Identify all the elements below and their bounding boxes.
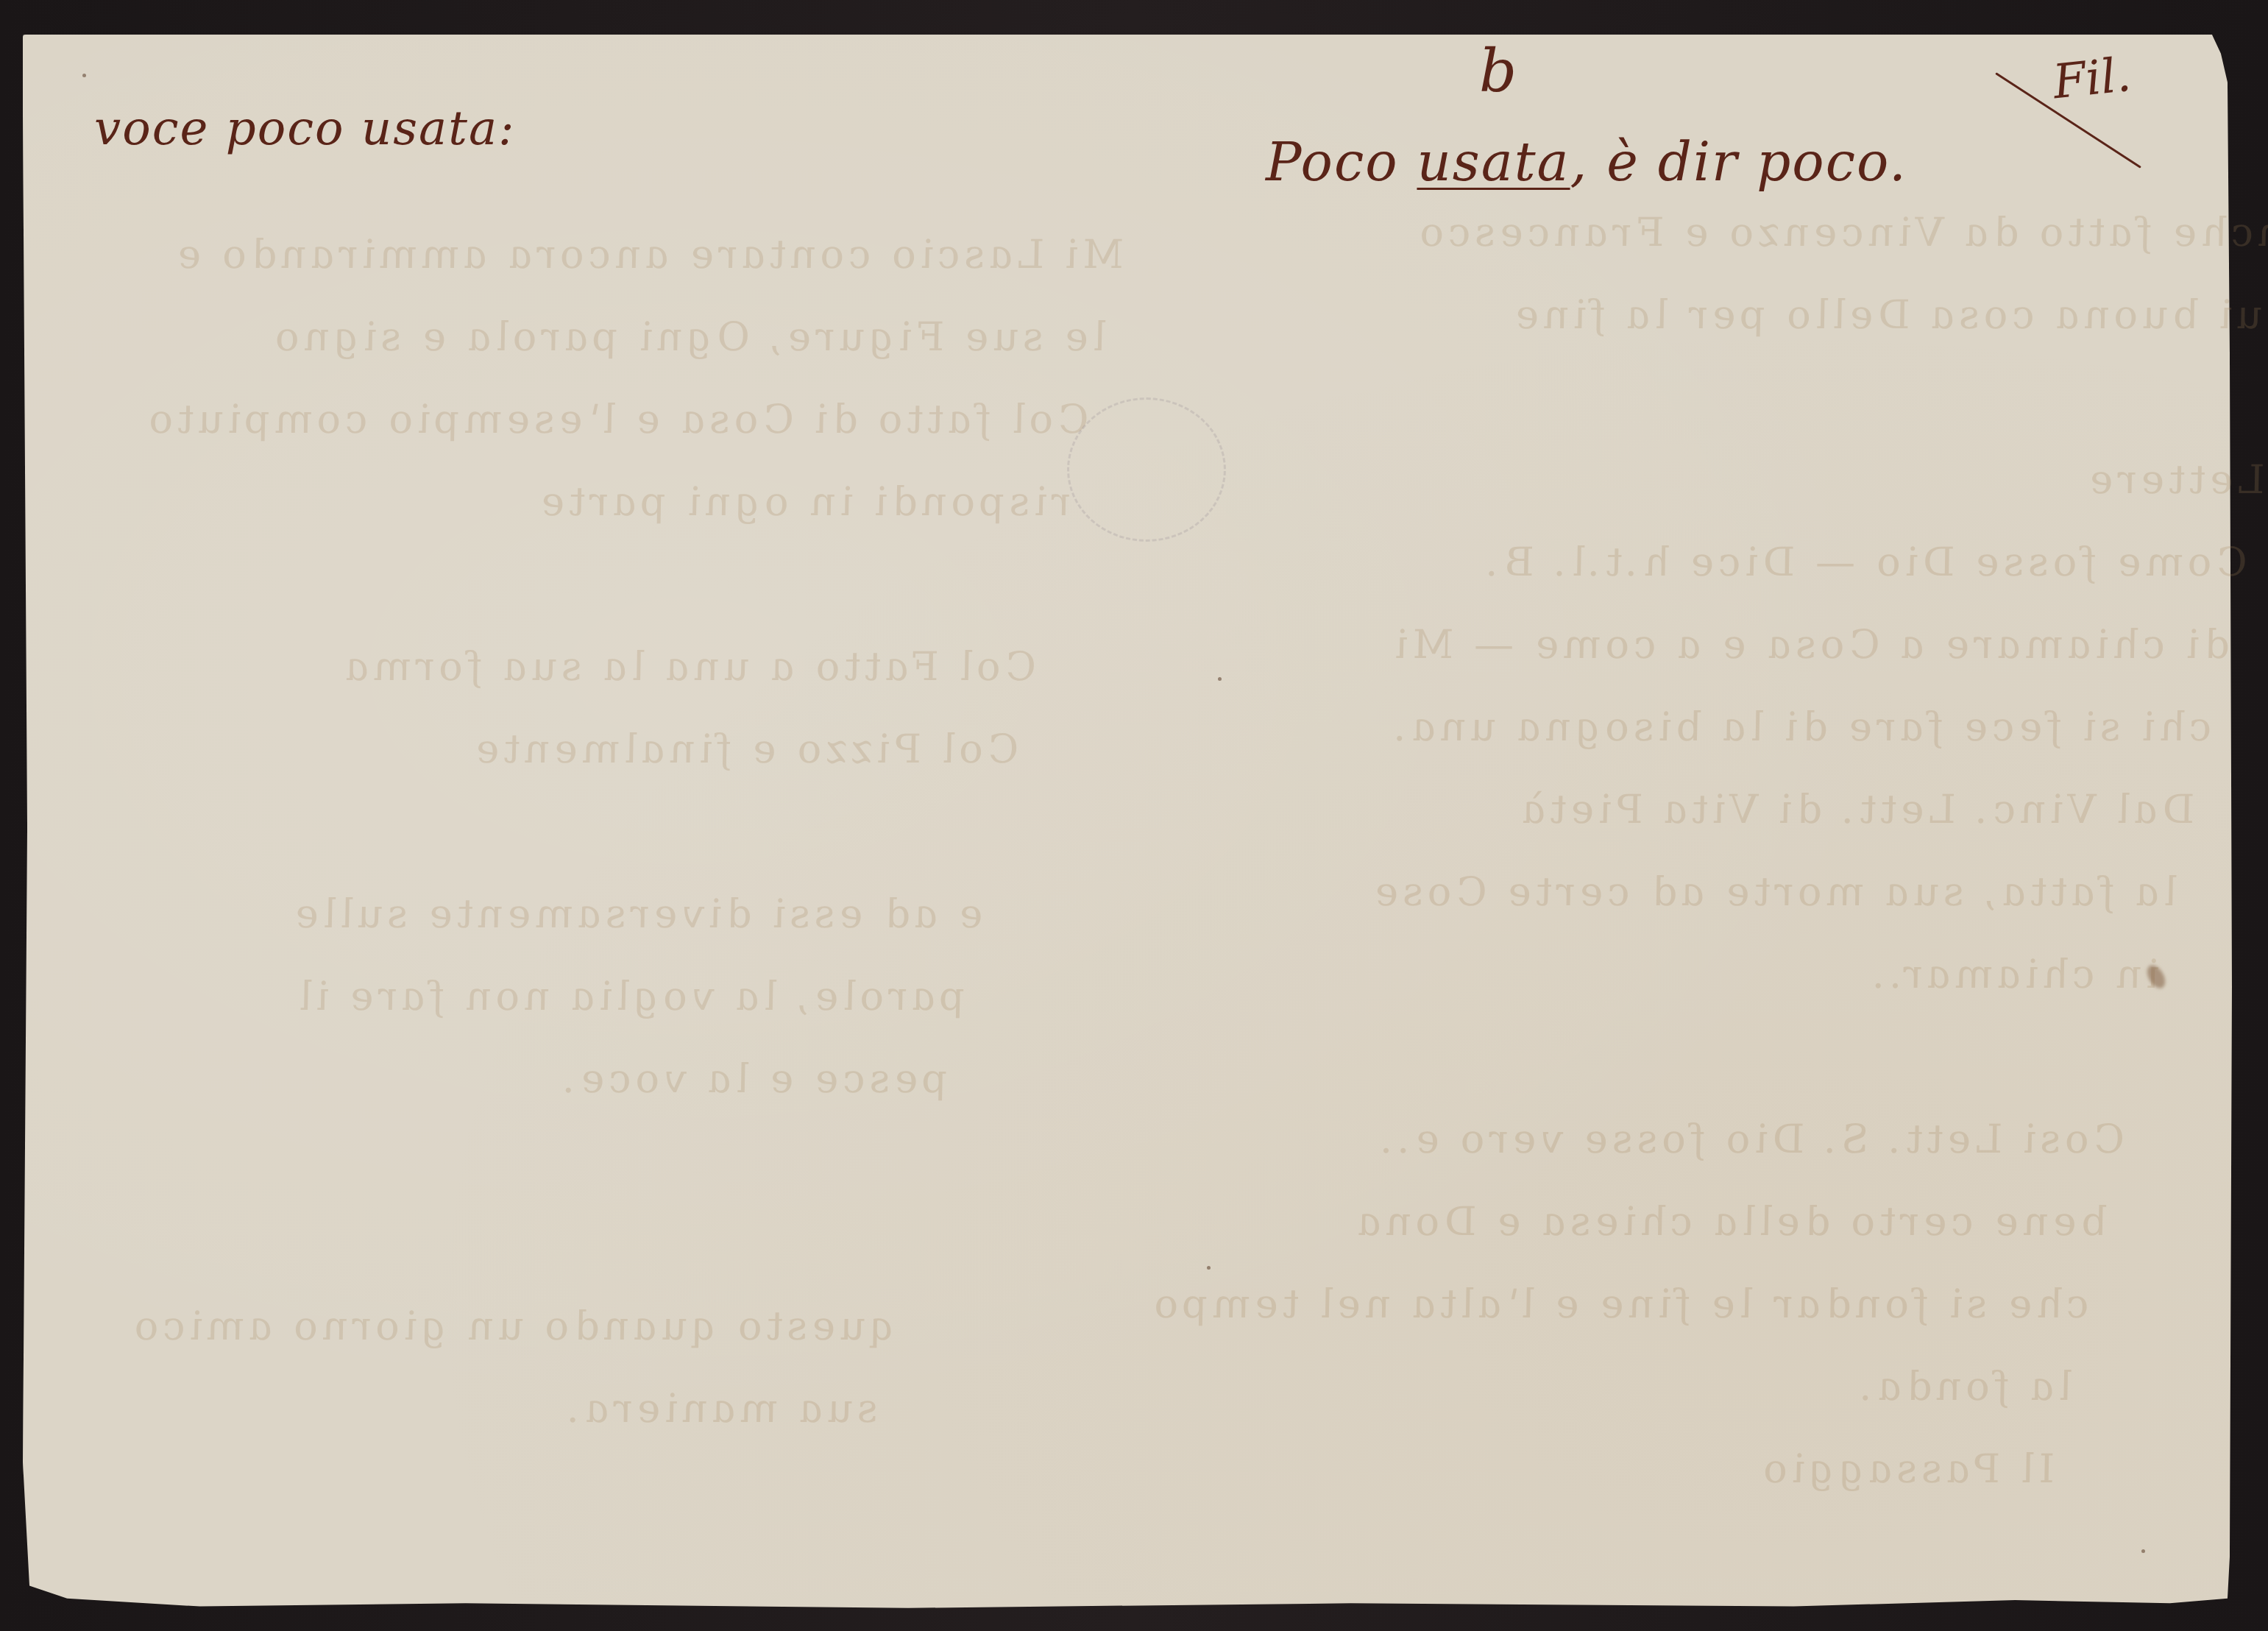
- paper-speck: [2141, 1549, 2145, 1553]
- bleed-through-line: Mi Lascio contare ancora ammirando e: [158, 213, 1133, 296]
- bleed-through-line: Come fosse Dio — Dice h.t.l. B.: [1171, 521, 2255, 604]
- annotation-suffix: , è dir poco.: [1570, 131, 1907, 193]
- bleed-through-line: Dal Vinc. Lett. di Vita Pietà: [1119, 768, 2203, 851]
- bleed-through-line: Il Passaggio: [979, 1428, 2063, 1510]
- bleed-through-line: Qui buona cosa Dello per la fine: [1224, 274, 2268, 356]
- paper-speck: [1218, 677, 1222, 681]
- bleed-through-line: questo quando un giorno amico: [0, 1285, 904, 1368]
- bleed-through-line: bene certo della chiesa e Dona: [1031, 1181, 2116, 1263]
- bleed-through-line: sua maniera.: [0, 1368, 887, 1450]
- bleed-through-line: in chiamar..: [1083, 933, 2168, 1016]
- bleed-through-line: parole, la voglia non fare il: [0, 955, 974, 1038]
- bleed-through-line: Col fatto di Cosa e l'esempio compiuto: [123, 378, 1097, 461]
- bleed-through-line: [35, 790, 1010, 873]
- annotation-voce-poco-usata: voce poco usata:: [94, 102, 516, 156]
- bleed-through-line: [1206, 356, 2268, 439]
- bleed-through-line: che si fondar le fine e l'alta nel tempo: [1013, 1263, 2098, 1345]
- bleed-through-line: Col Fatto a una la sua forma: [71, 626, 1045, 708]
- annotation-initials-fil: Fil.: [2050, 48, 2133, 110]
- annotation-prefix: Poco: [1266, 131, 1417, 193]
- annotation-superscript-mark: b: [1479, 37, 1517, 105]
- bleed-through-line: Col Pizzo e finalmente: [53, 708, 1027, 790]
- bleed-through-line: di chiamare a Cosa e a come — Mi: [1154, 604, 2239, 686]
- bleed-through-line: chi si fece fare di la bisogna una.: [1136, 686, 2221, 768]
- annotation-poco-usata-e-dir-poco: Poco usata, è dir poco.: [1266, 131, 1907, 193]
- paper-speck: [82, 74, 86, 77]
- bleed-through-line: rispondi in ogni parte: [105, 461, 1080, 543]
- bleed-through-line: Cosi Lett. S. Dio fosse vero e..: [1049, 1098, 2133, 1181]
- bleed-through-line: [88, 543, 1063, 626]
- paper-speck: [1207, 1266, 1211, 1270]
- bleed-through-line: la fonda.: [996, 1345, 2080, 1428]
- bleed-through-line: Anche fatto da Vincenzo e Francesco: [1241, 191, 2268, 274]
- bleed-through-line: la fatta, sua morte ad certe Cose: [1101, 851, 2186, 933]
- bleed-through-line: pesce e la voce.: [0, 1038, 957, 1120]
- bleed-through-line: e ad essi diversamente sulle: [18, 873, 992, 955]
- bleed-through-line: [0, 1120, 940, 1203]
- annotation-underlined-word: usata: [1417, 131, 1570, 193]
- bleed-through-line: [0, 1203, 922, 1285]
- faint-stamp-mark: [1067, 397, 1226, 542]
- bleed-through-line: Lettere: [1188, 439, 2268, 521]
- bleed-through-line: le sue Figure, Ogni parola e signo: [141, 296, 1115, 378]
- bleed-through-line: [1066, 1016, 2151, 1098]
